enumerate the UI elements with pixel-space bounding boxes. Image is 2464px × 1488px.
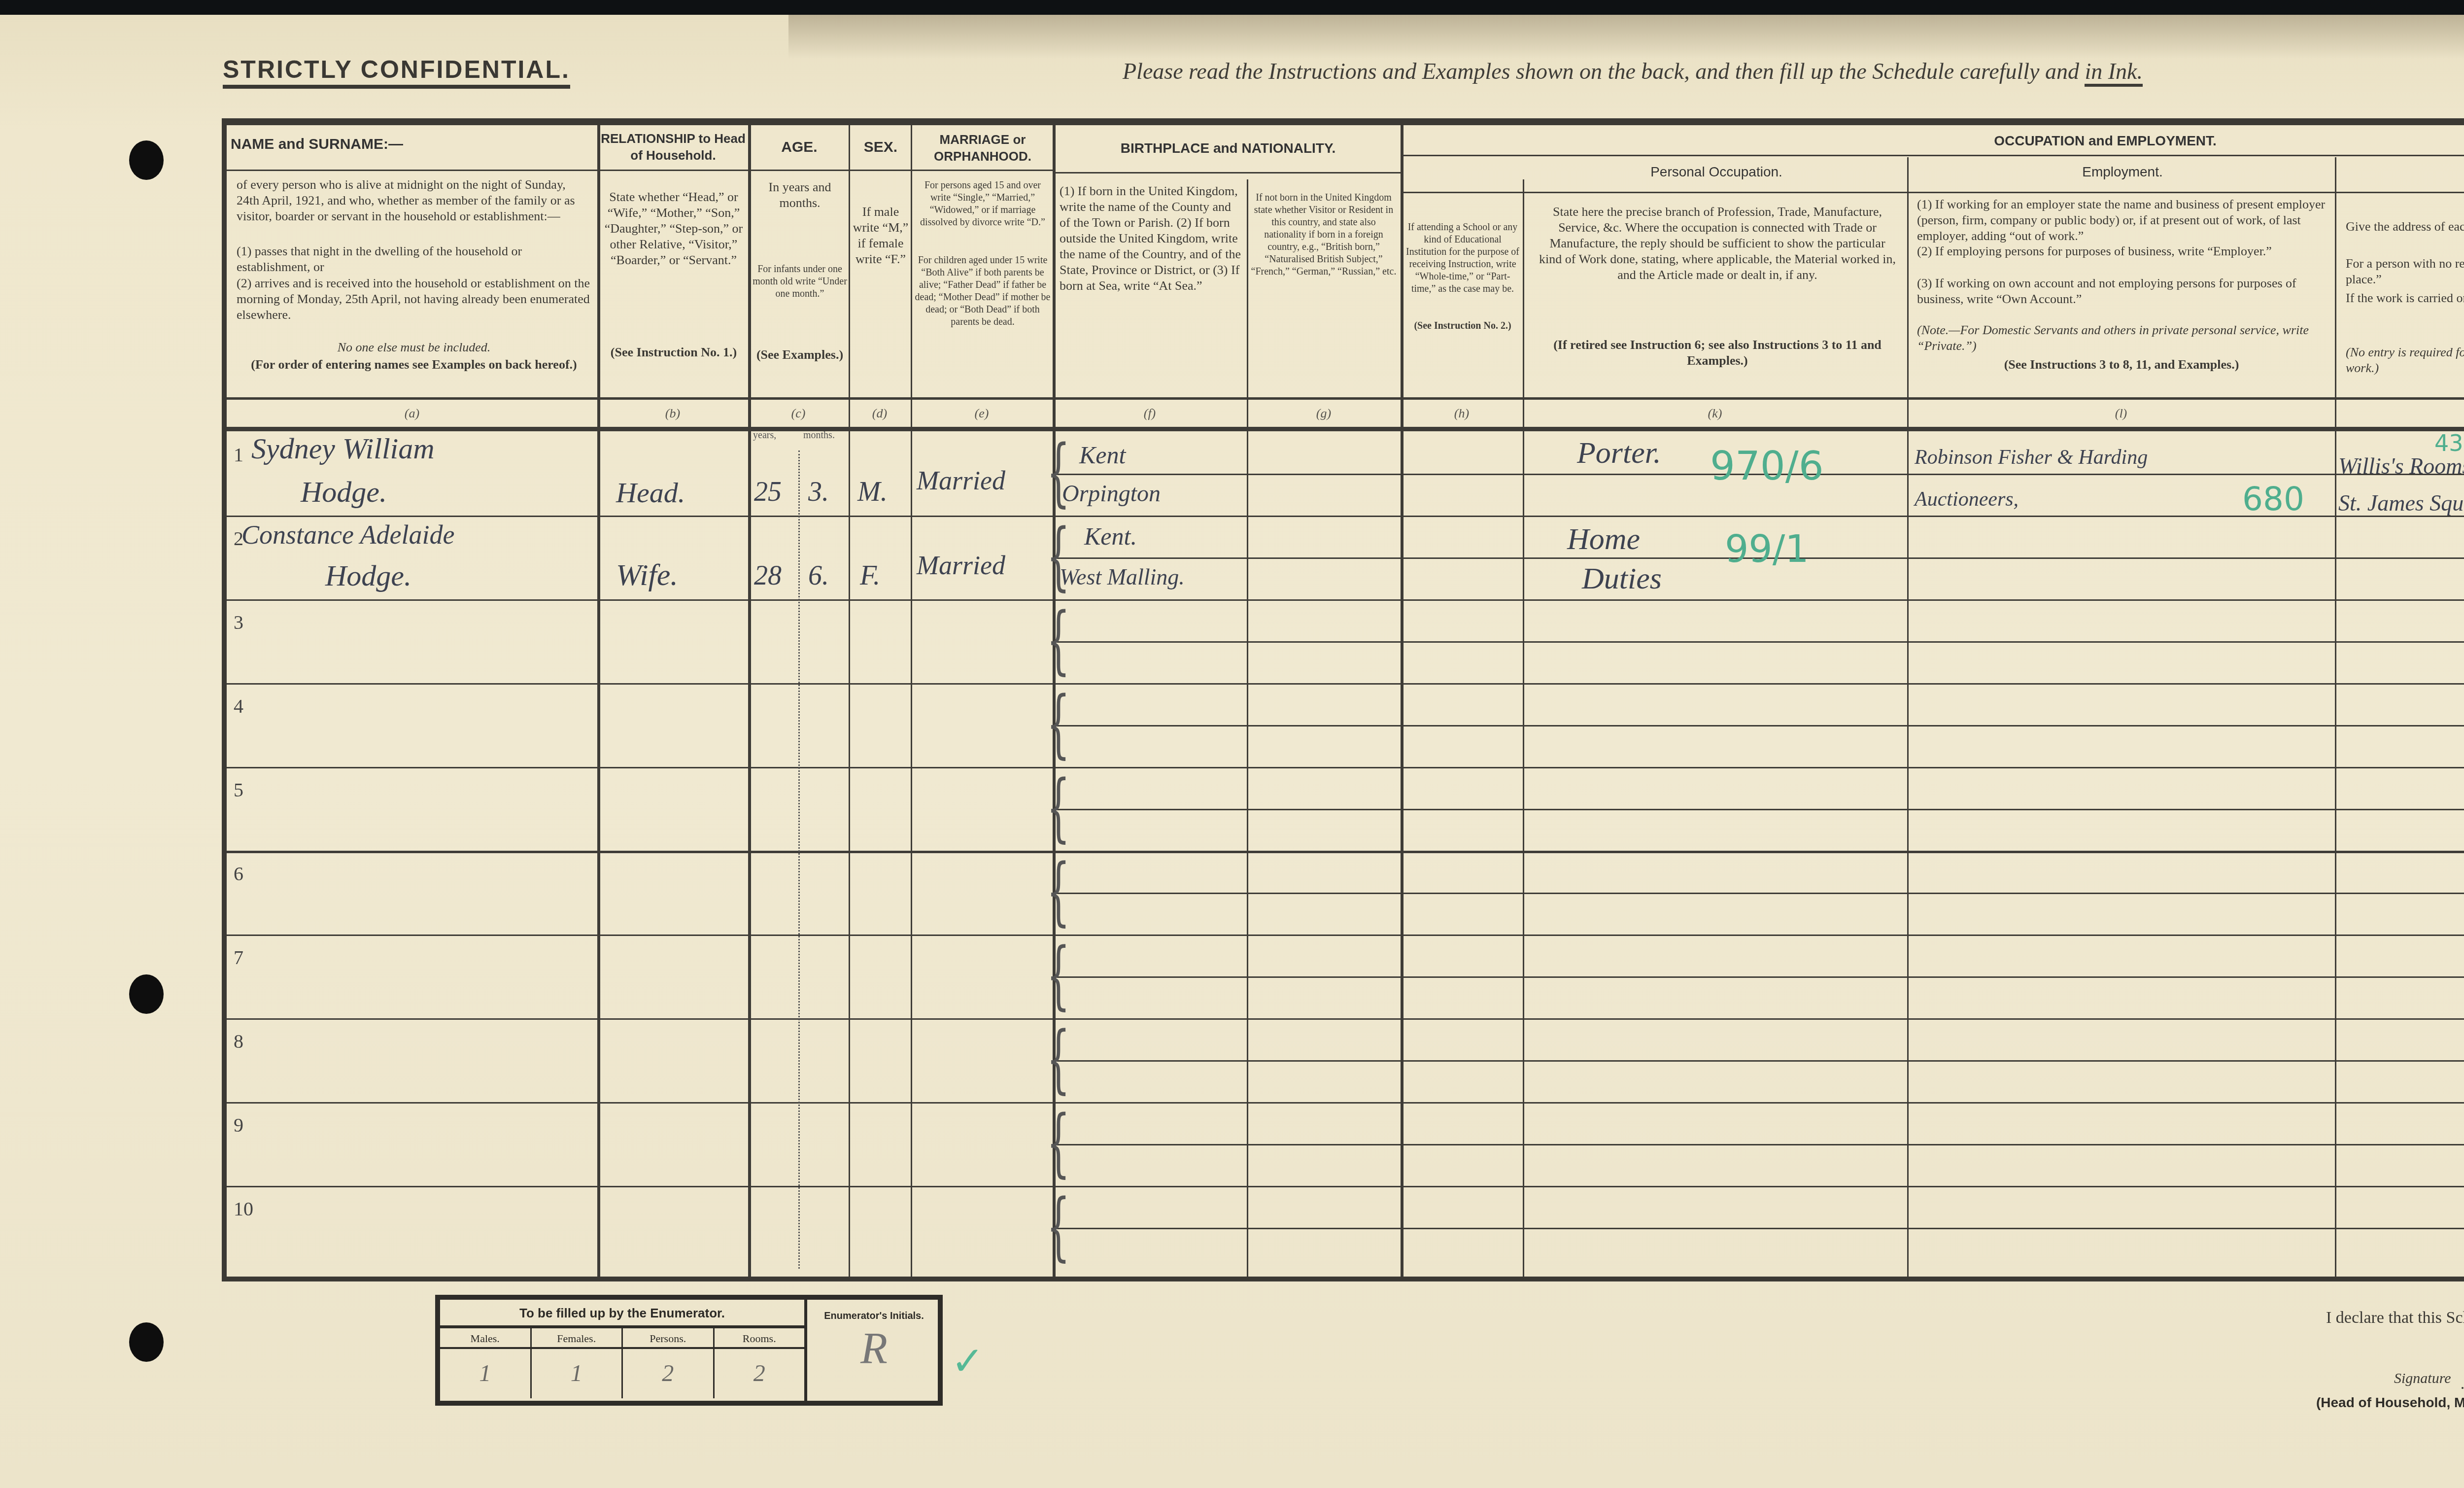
instructions-line: Please read the Instructions and Example… xyxy=(1123,58,2143,84)
row2-birthplace-town[interactable]: West Malling. xyxy=(1060,564,1185,590)
col-letter-b: (b) xyxy=(597,406,748,421)
green-check-icon: ✓ xyxy=(951,1338,984,1384)
signature-label: Signature xyxy=(2394,1370,2451,1387)
age-months-subheader: months. xyxy=(803,430,835,441)
employment-note: (Note.—For Domestic Servants and others … xyxy=(1917,322,2326,354)
row2-relationship[interactable]: Wife. xyxy=(616,558,678,593)
name-col-footer: (For order of entering names see Example… xyxy=(237,357,591,373)
persons-header: Persons. xyxy=(621,1328,713,1347)
row1-name-line2[interactable]: Hodge. xyxy=(301,475,387,509)
paper-fold-shadow xyxy=(788,15,2464,59)
row2-occupation-line2[interactable]: Duties xyxy=(1582,561,1662,596)
header-rule xyxy=(1401,192,2464,193)
row-number: 3 xyxy=(234,611,243,634)
name-col-body: of every person who is alive at midnight… xyxy=(237,177,591,224)
col-divider xyxy=(849,125,850,1277)
relationship-col-footer: (See Instruction No. 1.) xyxy=(602,345,745,360)
brace-icon: { xyxy=(1047,938,1070,1012)
row-number: 8 xyxy=(234,1030,243,1053)
row-rule xyxy=(227,1018,2464,1020)
brace-icon: { xyxy=(1047,603,1070,677)
age-years-subheader: years, xyxy=(753,430,776,441)
col-divider xyxy=(1247,179,1248,1277)
col-letter-k: (k) xyxy=(1523,406,1907,421)
place-of-work-body3: If the work is carried on mainly at home… xyxy=(2346,290,2464,306)
row-number: 10 xyxy=(234,1197,253,1220)
name-col-item2: (2) arrives and is received into the hou… xyxy=(237,276,591,323)
relationship-col-title: RELATIONSHIP to Head of Household. xyxy=(600,130,746,164)
row1-employer[interactable]: Robinson Fisher & Harding xyxy=(1915,446,2148,469)
enumerator-initials-label: Enumerator's Initials. xyxy=(810,1300,938,1322)
row-half-rule xyxy=(1053,1060,2464,1062)
marriage-col-body: For persons aged 15 and over write “Sing… xyxy=(915,179,1051,229)
employment-item2: (2) If employing persons for purposes of… xyxy=(1917,243,2326,259)
brace-icon: { xyxy=(1047,1022,1070,1096)
males-header: Males. xyxy=(440,1328,530,1347)
row1-occupation[interactable]: Porter. xyxy=(1577,436,1661,471)
row2-sex[interactable]: F. xyxy=(860,560,880,591)
place-of-work-body1: Give the address of each person's place … xyxy=(2346,219,2464,235)
school-col-body: If attending a School or any kind of Edu… xyxy=(1403,221,1522,295)
birthplace-group-title: BIRTHPLACE and NATIONALITY. xyxy=(1056,140,1401,157)
punch-hole-icon xyxy=(129,974,164,1014)
brace-icon: { xyxy=(1047,687,1070,761)
occupation-col-title: Personal Occupation. xyxy=(1526,164,1907,180)
row1-workplace-line2[interactable]: St. James Square, London. xyxy=(2338,490,2464,516)
row1-relationship[interactable]: Head. xyxy=(616,476,685,509)
col-divider xyxy=(911,125,912,1277)
sex-col-body: If male write “M,” if female write “F.” xyxy=(853,204,909,267)
name-col-note: No one else must be included. xyxy=(237,340,591,355)
row-number: 1 xyxy=(234,443,243,466)
employment-item3: (3) If working on own account and not em… xyxy=(1917,276,2326,307)
header-body-rule xyxy=(227,427,2464,431)
row-rule xyxy=(227,599,2464,601)
name-col-item1: (1) passes that night in the dwelling of… xyxy=(237,243,591,275)
place-of-work-body2: For a person with no regular place of wo… xyxy=(2346,256,2464,287)
age-col-body: In years and months. xyxy=(752,179,848,211)
enumerator-initials-box: Enumerator's Initials. R xyxy=(810,1300,938,1401)
row-rule xyxy=(227,683,2464,685)
employment-col-title: Employment. xyxy=(1910,164,2335,180)
brace-icon: { xyxy=(1047,1106,1070,1180)
relationship-col-body: State whether “Head,” or “Wife,” “Mother… xyxy=(602,189,745,268)
row1-birthplace-town[interactable]: Orpington xyxy=(1062,480,1161,507)
confidential-heading: STRICTLY CONFIDENTIAL. xyxy=(223,55,570,89)
marriage-col-title: MARRIAGE or ORPHANHOOD. xyxy=(914,131,1052,165)
row-half-rule xyxy=(1053,809,2464,810)
persons-value[interactable]: 2 xyxy=(621,1349,713,1398)
enumerator-totals: To be filled up by the Enumerator. Males… xyxy=(440,1300,807,1401)
enumerator-box-title: To be filled up by the Enumerator. xyxy=(440,1300,804,1328)
nationality-col-body: If not born in the United Kingdom state … xyxy=(1250,192,1398,278)
col-divider xyxy=(597,125,600,1277)
col-letter-f: (f) xyxy=(1053,406,1247,421)
row1-age-years[interactable]: 25 xyxy=(754,476,782,508)
row-rule xyxy=(227,851,2464,853)
females-header: Females. xyxy=(530,1328,622,1347)
occupation-group-title: OCCUPATION and EMPLOYMENT. xyxy=(1526,133,2464,149)
birthplace-col-body: (1) If born in the United Kingdom, write… xyxy=(1060,183,1244,294)
place-of-work-col-title: Place of Work. xyxy=(2338,172,2464,189)
col-divider xyxy=(748,125,751,1277)
brace-icon: { xyxy=(1047,771,1070,845)
row-half-rule xyxy=(1053,1144,2464,1145)
row1-marriage[interactable]: Married xyxy=(917,465,1005,496)
punch-hole-icon xyxy=(129,1322,164,1362)
col-divider xyxy=(1401,125,1403,1277)
row-number: 4 xyxy=(234,694,243,718)
row-half-rule xyxy=(1053,893,2464,894)
row-number: 7 xyxy=(234,946,243,969)
col-divider xyxy=(1907,157,1909,1277)
row1-workplace-line1[interactable]: Willis's Rooms, King St. xyxy=(2338,453,2464,479)
row-rule xyxy=(227,1186,2464,1187)
header-rule xyxy=(227,397,2464,400)
col-letter-c: (c) xyxy=(748,406,849,421)
enumerator-totals-box: To be filled up by the Enumerator. Males… xyxy=(435,1295,943,1406)
row-half-rule xyxy=(1053,725,2464,727)
row2-age-months[interactable]: 6. xyxy=(808,560,829,591)
row-half-rule xyxy=(1053,1228,2464,1229)
col-letter-a: (a) xyxy=(227,406,597,421)
row-half-rule xyxy=(1053,641,2464,643)
brace-icon: { xyxy=(1047,855,1070,929)
row2-marriage[interactable]: Married xyxy=(917,550,1005,581)
header-rule xyxy=(1401,155,2464,156)
school-col-footer: (See Instruction No. 2.) xyxy=(1403,320,1522,332)
females-value[interactable]: 1 xyxy=(530,1349,622,1398)
row1-age-months[interactable]: 3. xyxy=(808,476,829,508)
males-value[interactable]: 1 xyxy=(440,1349,530,1398)
instructions-ink: in Ink. xyxy=(2085,59,2143,87)
row2-age-years[interactable]: 28 xyxy=(754,560,782,591)
row1-workplace-code: 4350 xyxy=(2434,430,2464,456)
row2-name-line2[interactable]: Hodge. xyxy=(325,559,411,593)
enumerator-box-headers: Males. Females. Persons. Rooms. xyxy=(440,1328,804,1349)
col-letter-d: (d) xyxy=(849,406,911,421)
signature-note: (Head of Household, Manager of Establish… xyxy=(2316,1395,2464,1411)
col-letter-l: (l) xyxy=(1907,406,2335,421)
punch-hole-icon xyxy=(129,140,164,180)
row-rule xyxy=(227,516,2464,517)
row2-name-line1[interactable]: Constance Adelaide xyxy=(241,519,454,550)
marriage-col-children: For children aged under 15 write “Both A… xyxy=(915,254,1051,328)
row1-sex[interactable]: M. xyxy=(857,476,888,508)
declaration-text: I declare that this Schedule is correctl… xyxy=(2326,1309,2464,1327)
col-letter-m: (m) xyxy=(2335,406,2464,421)
col-divider xyxy=(1523,179,1524,1277)
employment-footer: (See Instructions 3 to 8, 11, and Exampl… xyxy=(1917,357,2326,373)
rooms-header: Rooms. xyxy=(713,1328,805,1347)
employment-item1: (1) If working for an employer state the… xyxy=(1917,197,2326,244)
row1-birthplace-county[interactable]: Kent xyxy=(1079,441,1126,469)
enumerator-initials-value[interactable]: R xyxy=(810,1322,938,1376)
signature-line xyxy=(2462,1387,2464,1389)
col-letter-e: (e) xyxy=(911,406,1053,421)
row1-employer-business[interactable]: Auctioneers, xyxy=(1915,487,2019,511)
name-col-title: NAME and SURNAME:— xyxy=(231,136,477,153)
row1-employment-code: 680 xyxy=(2242,480,2304,518)
row-rule xyxy=(227,934,2464,936)
row-rule xyxy=(227,1102,2464,1104)
header-rule xyxy=(1053,172,1401,173)
row2-occupation-line1[interactable]: Home xyxy=(1567,522,1640,557)
col-letter-g: (g) xyxy=(1247,406,1401,421)
occupation-col-body: State here the precise branch of Profess… xyxy=(1538,204,1897,283)
instructions-text: Please read the Instructions and Example… xyxy=(1123,59,2079,84)
row1-name-line1[interactable]: Sydney William xyxy=(251,432,435,466)
sex-col-title: SEX. xyxy=(852,139,910,156)
col-divider xyxy=(2335,157,2336,1277)
occupation-col-footer: (If retired see Instruction 6; see also … xyxy=(1538,337,1897,369)
age-col-title: AGE. xyxy=(751,139,848,156)
row2-birthplace-county[interactable]: Kent. xyxy=(1084,522,1137,551)
place-of-work-note: (No entry is required for any person who… xyxy=(2346,345,2464,376)
age-col-infants: For infants under one month old write “U… xyxy=(752,263,848,300)
row-number: 6 xyxy=(234,862,243,885)
row1-occupation-code: 970/6 xyxy=(1710,443,1824,489)
enumerator-box-values: 1 1 2 2 xyxy=(440,1349,804,1398)
header-rule xyxy=(227,170,1053,171)
col-letter-h: (h) xyxy=(1401,406,1523,421)
row-number: 9 xyxy=(234,1113,243,1137)
brace-icon: { xyxy=(1047,1190,1070,1264)
census-table: NAME and SURNAME:— of every person who i… xyxy=(222,118,2464,1281)
age-col-footer: (See Examples.) xyxy=(752,347,848,363)
row-number: 5 xyxy=(234,778,243,801)
row2-occupation-code: 99/1 xyxy=(1725,527,1809,571)
row-rule xyxy=(227,767,2464,768)
age-dotted-divider xyxy=(798,450,800,1269)
row-half-rule xyxy=(1053,976,2464,978)
rooms-value[interactable]: 2 xyxy=(713,1349,805,1398)
